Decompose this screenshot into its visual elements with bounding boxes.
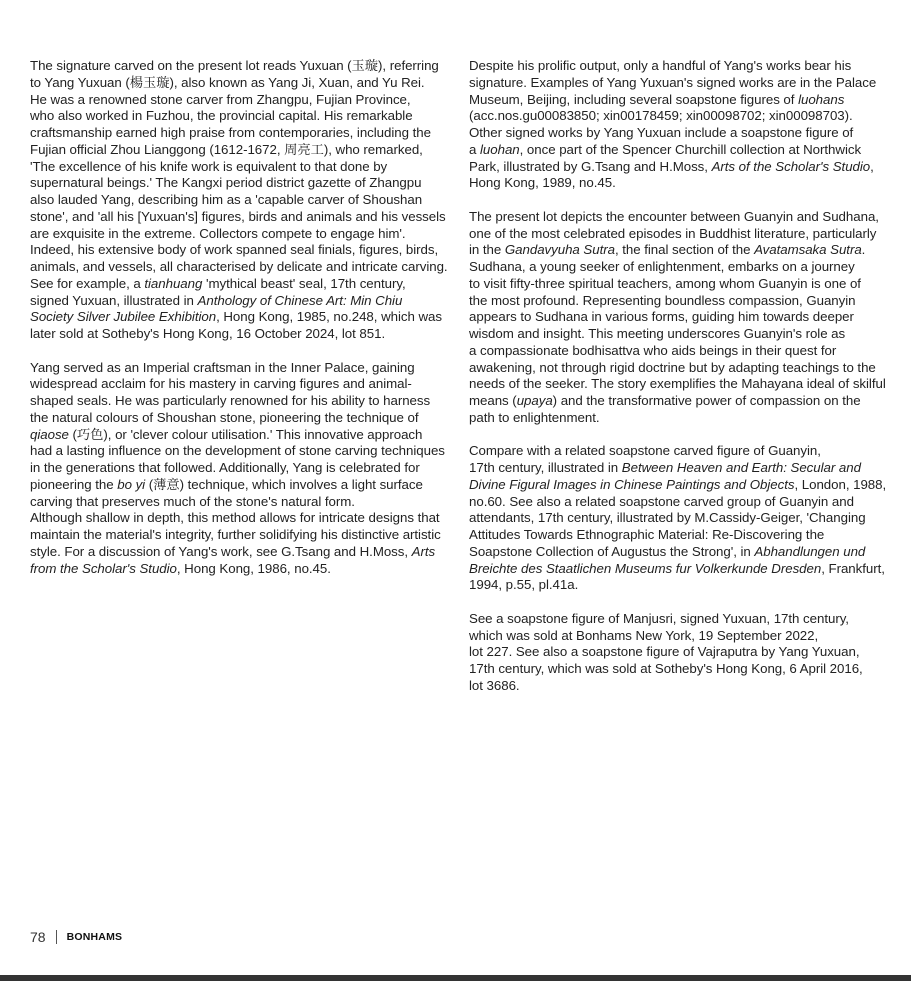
body-text: . Sudhana, a young seeker of enlightenme… [469,242,886,408]
italic-text: Arts of the Scholar's Studio [712,159,871,174]
document-page: The signature carved on the present lot … [0,0,911,981]
body-text: See a soapstone figure of Manjusri, sign… [469,611,863,693]
page-footer: 78 BONHAMS [30,928,122,946]
paragraph-guanyin-sudhana: The present lot depicts the encounter be… [469,209,905,427]
body-text: The signature carved on the present lot … [30,58,448,291]
page-number: 78 [30,929,46,945]
paragraph-compare: Compare with a related soapstone carved … [469,443,905,594]
right-text-column: Despite his prolific output, only a hand… [469,58,905,711]
left-text-column: The signature carved on the present lot … [30,58,462,594]
italic-text: luohan [480,142,520,157]
paragraph-see-also: See a soapstone figure of Manjusri, sign… [469,611,905,695]
footer-divider [56,930,57,944]
italic-text: luohans [798,92,844,107]
body-text: Yang served as an Imperial craftsman in … [30,360,430,425]
paragraph-signed-works: Despite his prolific output, only a hand… [469,58,905,192]
brand-name: BONHAMS [67,931,123,943]
italic-text: qiaose [30,427,69,442]
italic-text: upaya [517,393,553,408]
body-text: , the final section of the [615,242,754,257]
italic-text: tianhuang [144,276,202,291]
italic-text: bo yi [117,477,145,492]
paragraph-signature: The signature carved on the present lot … [30,58,462,343]
italic-text: Avatamsaka Sutra [754,242,862,257]
italic-text: Gandavyuha Sutra [505,242,615,257]
body-text: , Hong Kong, 1986, no.45. [177,561,331,576]
bottom-bar [0,975,911,981]
paragraph-imperial-craftsman: Yang served as an Imperial craftsman in … [30,360,462,578]
